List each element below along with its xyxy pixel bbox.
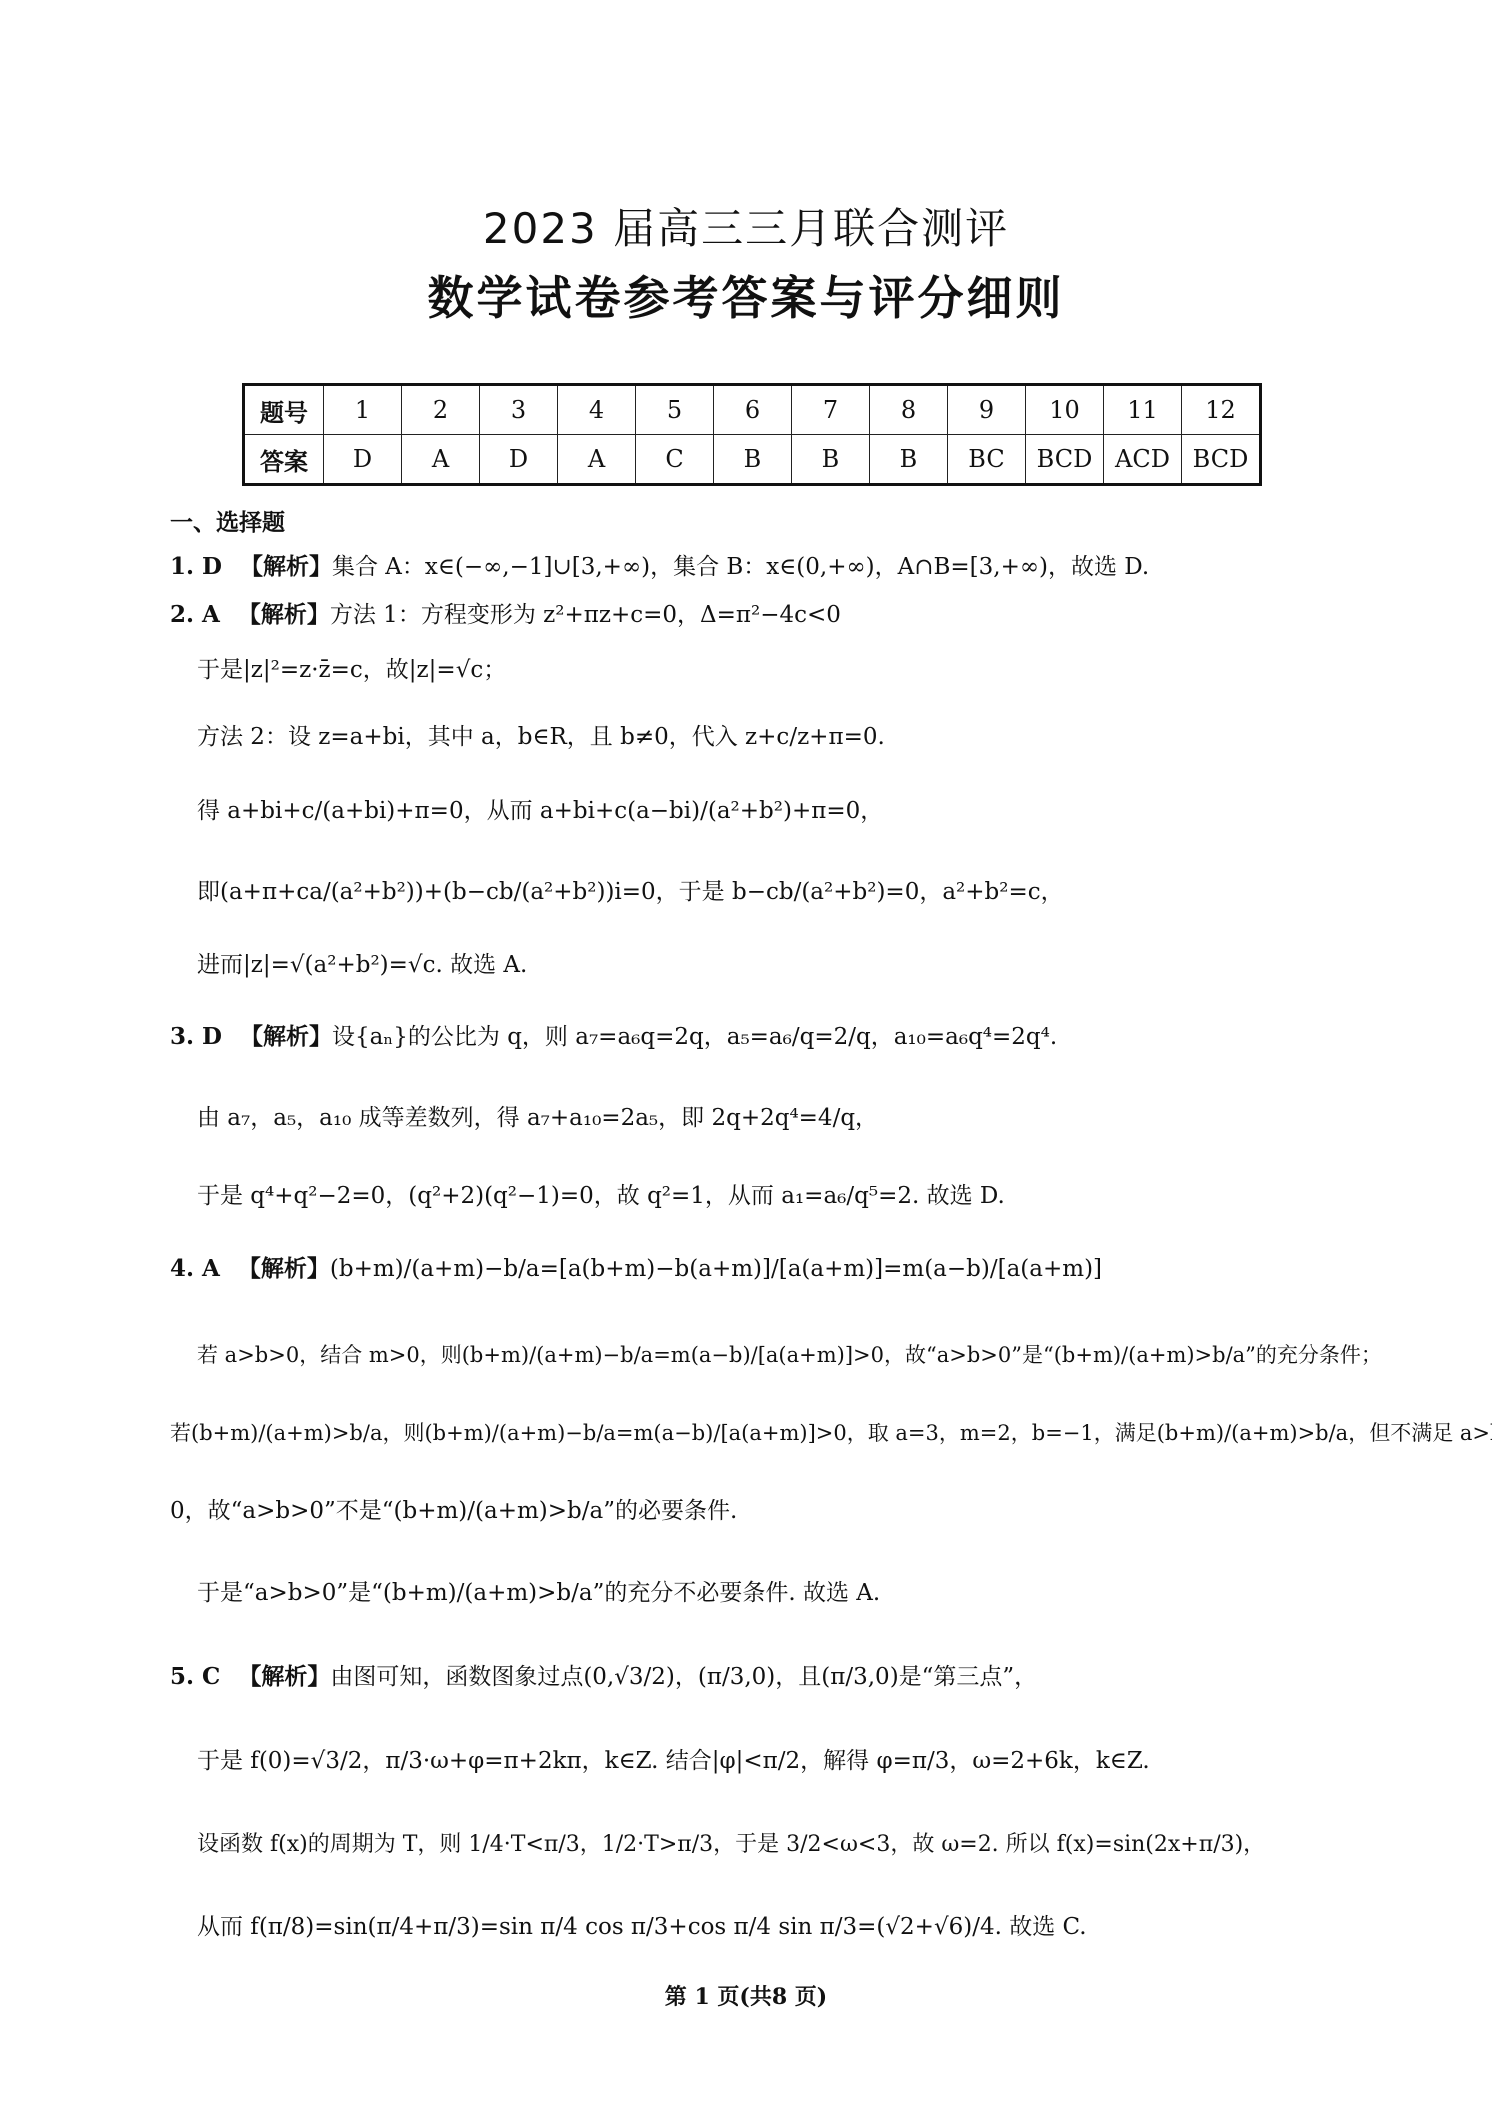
solution-line: 方法 2：设 z=a+bi，其中 a，b∈R，且 b≠0，代入 z+c/z+π=…: [197, 722, 885, 752]
answer-cell: B: [714, 435, 792, 485]
question-number: 7: [792, 385, 870, 435]
solution-line: 由 a₇，a₅，a₁₀ 成等差数列，得 a₇+a₁₀=2a₅，即 2q+2q⁴=…: [197, 1103, 878, 1133]
solution-number: 2. A: [170, 601, 220, 628]
answer-cell: B: [792, 435, 870, 485]
solution-2: 2. A【解析】方法 1：方程变形为 z²+πz+c=0，Δ=π²−4c<0: [170, 600, 841, 630]
answer-cell: BCD: [1182, 435, 1261, 485]
solution-number: 5. C: [170, 1663, 220, 1690]
answer-cell: D: [324, 435, 402, 485]
solution-line: 于是|z|²=z·z̄=c，故|z|=√c；: [197, 655, 506, 685]
question-number: 9: [948, 385, 1026, 435]
question-number: 8: [870, 385, 948, 435]
solution-5: 5. C【解析】由图可知，函数图象过点(0,√3/2)，(π/3,0)，且(π/…: [170, 1662, 1037, 1692]
question-number: 6: [714, 385, 792, 435]
answer-cell: A: [558, 435, 636, 485]
solution-number: 3. D: [170, 1023, 222, 1050]
document-subtitle: 数学试卷参考答案与评分细则: [0, 262, 1492, 328]
solution-text: (b+m)/(a+m)−b/a=[a(b+m)−b(a+m)]/[a(a+m)]…: [330, 1256, 1102, 1282]
answer-cell: D: [480, 435, 558, 485]
analysis-tag: 【解析】: [240, 553, 332, 580]
answer-cell: BC: [948, 435, 1026, 485]
answer-cell: BCD: [1026, 435, 1104, 485]
solution-line: 若 a>b>0，结合 m>0，则(b+m)/(a+m)−b/a=m(a−b)/[…: [197, 1340, 1382, 1370]
solution-text: 设{aₙ}的公比为 q，则 a₇=a₆q=2q，a₅=a₆/q=2/q，a₁₀=…: [332, 1024, 1057, 1050]
row-label-question: 题号: [244, 385, 324, 435]
solution-number: 1. D: [170, 553, 222, 580]
question-number: 5: [636, 385, 714, 435]
solution-line: 进而|z|=√(a²+b²)=√c. 故选 A.: [197, 950, 527, 980]
analysis-tag: 【解析】: [238, 1663, 330, 1690]
solution-text: 集合 A：x∈(−∞,−1]∪[3,+∞)，集合 B：x∈(0,+∞)，A∩B=…: [332, 554, 1149, 580]
solution-3: 3. D【解析】设{aₙ}的公比为 q，则 a₇=a₆q=2q，a₅=a₆/q=…: [170, 1022, 1057, 1052]
solution-line: 于是“a>b>0”是“(b+m)/(a+m)>b/a”的充分不必要条件. 故选 …: [197, 1578, 880, 1608]
solution-4: 4. A【解析】(b+m)/(a+m)−b/a=[a(b+m)−b(a+m)]/…: [170, 1254, 1102, 1284]
solution-line: 若(b+m)/(a+m)>b/a，则(b+m)/(a+m)−b/a=m(a−b)…: [170, 1418, 1492, 1448]
question-number: 11: [1104, 385, 1182, 435]
question-number: 10: [1026, 385, 1104, 435]
solution-line: 于是 q⁴+q²−2=0，(q²+2)(q²−1)=0，故 q²=1，从而 a₁…: [197, 1181, 1005, 1211]
analysis-tag: 【解析】: [240, 1023, 332, 1050]
solution-1: 1. D【解析】集合 A：x∈(−∞,−1]∪[3,+∞)，集合 B：x∈(0,…: [170, 552, 1149, 582]
document-title: 2023 届高三三月联合测评: [0, 196, 1492, 256]
solution-line: 于是 f(0)=√3/2，π/3·ω+φ=π+2kπ，k∈Z. 结合|φ|<π/…: [197, 1746, 1150, 1776]
solution-line: 从而 f(π/8)=sin(π/4+π/3)=sin π/4 cos π/3+c…: [197, 1912, 1087, 1942]
analysis-tag: 【解析】: [238, 1255, 330, 1282]
question-number: 12: [1182, 385, 1261, 435]
question-number: 2: [402, 385, 480, 435]
solution-text: 由图可知，函数图象过点(0,√3/2)，(π/3,0)，且(π/3,0)是“第三…: [330, 1664, 1037, 1690]
answer-cell: ACD: [1104, 435, 1182, 485]
analysis-tag: 【解析】: [238, 601, 330, 628]
answer-cell: A: [402, 435, 480, 485]
answer-cell: B: [870, 435, 948, 485]
page-number: 第 1 页(共8 页): [0, 1980, 1492, 2011]
solution-line: 即(a+π+ca/(a²+b²))+(b−cb/(a²+b²))i=0，于是 b…: [197, 877, 1064, 907]
question-number: 1: [324, 385, 402, 435]
question-number: 3: [480, 385, 558, 435]
solution-line: 得 a+bi+c/(a+bi)+π=0，从而 a+bi+c(a−bi)/(a²+…: [197, 796, 883, 826]
solution-line: 设函数 f(x)的周期为 T，则 1/4·T<π/3，1/2·T>π/3，于是 …: [197, 1830, 1265, 1860]
answer-table-question-row: 题号 1 2 3 4 5 6 7 8 9 10 11 12: [244, 385, 1261, 435]
solution-text: 方法 1：方程变形为 z²+πz+c=0，Δ=π²−4c<0: [330, 602, 841, 628]
answer-cell: C: [636, 435, 714, 485]
solution-line: 0，故“a>b>0”不是“(b+m)/(a+m)>b/a”的必要条件.: [170, 1496, 737, 1526]
answer-table-answer-row: 答案 D A D A C B B B BC BCD ACD BCD: [244, 435, 1261, 485]
solution-number: 4. A: [170, 1255, 220, 1282]
row-label-answer: 答案: [244, 435, 324, 485]
question-number: 4: [558, 385, 636, 435]
section-title: 一、选择题: [170, 508, 285, 538]
answer-table: 题号 1 2 3 4 5 6 7 8 9 10 11 12 答案 D A D A…: [242, 383, 1262, 486]
